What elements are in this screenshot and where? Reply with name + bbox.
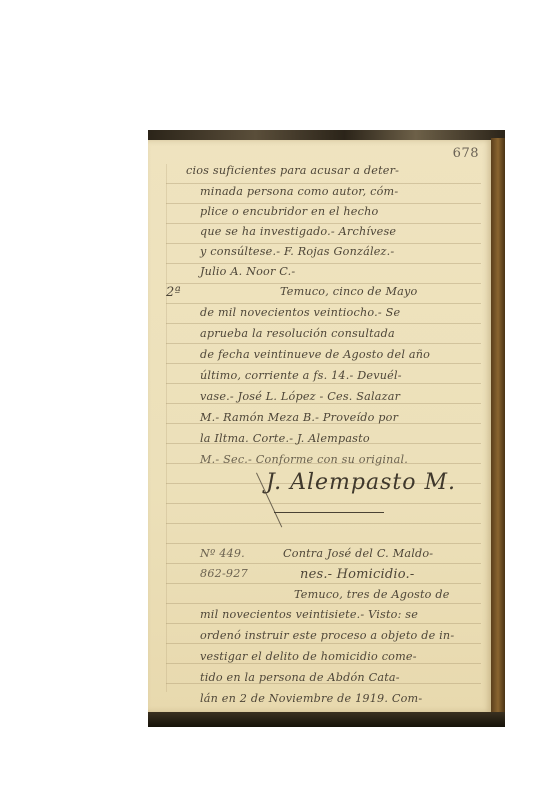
entry-3-line: lán en 2 de Noviembre de 1919. Com-: [200, 692, 422, 705]
entry-1-line: y consúltese.- F. Rojas González.-: [200, 245, 394, 258]
entry-1-line: que se ha investigado.- Archívese: [200, 225, 396, 238]
entry-1-line: minada persona como autor, cóm-: [200, 185, 398, 198]
signature: J. Alempasto M.: [266, 470, 456, 495]
entry-2-line: aprueba la resolución consultada: [200, 327, 395, 340]
entry-2-marker: 2ª: [166, 285, 181, 300]
entry-1-line: Julio A. Noor C.-: [200, 265, 295, 278]
entry-3-line: ordenó instruir este proceso a objeto de…: [200, 629, 454, 642]
book-bottom-edge: [148, 712, 505, 727]
entry-2-line: vase.- José L. López - Ces. Salazar: [200, 390, 400, 403]
entry-3-line: tido en la persona de Abdón Cata-: [200, 671, 400, 684]
entry-3-line: Temuco, tres de Agosto de: [294, 588, 450, 601]
entry-2-line: de fecha veintinueve de Agosto del año: [200, 348, 430, 361]
case-heading: Contra José del C. Maldo-: [283, 547, 433, 560]
entry-3-line: mil novecientos veintisiete.- Visto: se: [200, 608, 418, 621]
book-photo: 678 cios suficientes para acusar a deter…: [148, 130, 505, 727]
ledger-page: 678 cios suficientes para acusar a deter…: [148, 140, 491, 712]
book-top-edge: [148, 130, 505, 140]
entry-2-line: M.- Ramón Meza B.- Proveído por: [200, 411, 398, 424]
entry-1-line: cios suficientes para acusar a deter-: [186, 164, 399, 177]
entry-3-line: vestigar el delito de homicidio come-: [200, 650, 417, 663]
entry-2-line: de mil novecientos veintiocho.- Se: [200, 306, 400, 319]
margin-line: [166, 164, 167, 692]
entry-2-line: M.- Sec.- Conforme con su original.: [200, 453, 408, 466]
case-heading: nes.- Homicidio.-: [300, 567, 414, 582]
entry-2-line: Temuco, cinco de Mayo: [280, 285, 417, 298]
entry-1-line: plice o encubridor en el hecho: [200, 205, 378, 218]
file-number: 862-927: [200, 567, 248, 580]
page-number: 678: [453, 146, 479, 161]
book-spine: [491, 138, 505, 727]
entry-2-line: último, corriente a fs. 14.- Devuél-: [200, 369, 402, 382]
case-number: Nº 449.: [200, 547, 245, 560]
signature-underline: [274, 512, 384, 513]
entry-2-line: la Iltma. Corte.- J. Alempasto: [200, 432, 370, 445]
